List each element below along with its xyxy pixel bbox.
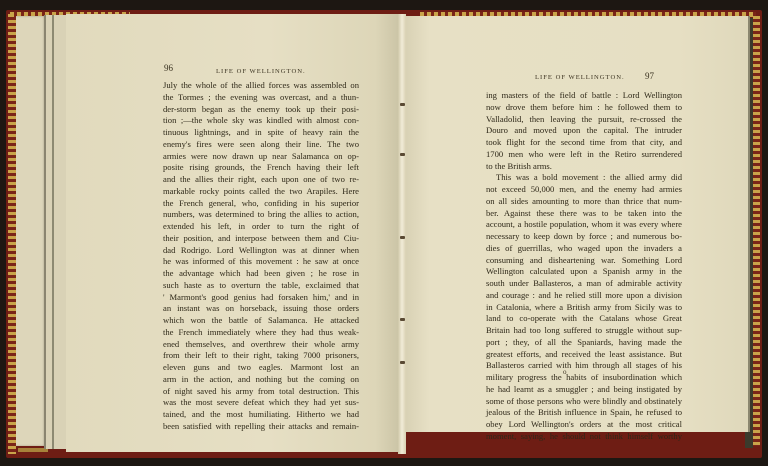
text-line: eleven guns and two eagles. Marmont lost…: [163, 362, 359, 374]
text-line: enemy's fires were seen along their line…: [163, 139, 359, 151]
running-head-right: LIFE OF WELLINGTON.: [535, 74, 625, 81]
gutter: [398, 14, 406, 454]
text-line: south under Ballasteros, a man of admira…: [486, 278, 682, 290]
text-line: necessary to keep down by force ; and nu…: [486, 231, 682, 243]
page-number-left: 96: [164, 63, 173, 73]
text-line: greatest efforts, and received the least…: [486, 349, 682, 361]
text-line: Valladolid, then leaving the pursuit, re…: [486, 114, 682, 126]
text-line: ing masters of the field of battle : Lor…: [486, 90, 682, 102]
text-line: account, a hostile population, whom it w…: [486, 219, 682, 231]
signature-mark: o: [563, 368, 567, 376]
text-line: obey Lord Wellington's orders at the mos…: [486, 419, 682, 431]
gilt-border-left: [8, 14, 16, 454]
text-line: the Tormes ; the evening was overcast, a…: [163, 92, 359, 104]
text-line: of night saved his army from total destr…: [163, 386, 359, 398]
text-line: ' Marmont's good genius had forsaken him…: [163, 292, 359, 304]
page-number-right: 97: [645, 71, 654, 81]
text-line: which won the battle of Salamanca. He at…: [163, 315, 359, 327]
text-line: ened themselves, and overthrew their who…: [163, 339, 359, 351]
text-line: tained, and the most humiliating. Hither…: [163, 409, 359, 421]
text-line: their position, and interpose between th…: [163, 233, 359, 245]
text-line: now drove them before him : he followed …: [486, 102, 682, 114]
text-line: extended his left, in order to turn the …: [163, 221, 359, 233]
text-line: der-storm began as the enemy took up the…: [163, 104, 359, 116]
book-photo: 96 LIFE OF WELLINGTON. July the whole of…: [0, 0, 768, 466]
text-line: took flight for the second time from tha…: [486, 137, 682, 149]
text-line: to the British arms.: [486, 161, 682, 173]
text-line: in Catalonia, where a British army from …: [486, 302, 682, 314]
text-line: been satisfied with repelling their atta…: [163, 421, 359, 433]
page-stack-edge: [52, 15, 54, 449]
binding-stitch: [400, 318, 405, 321]
text-line: Ballasteros carried with him through all…: [486, 360, 682, 372]
text-line: posite rising grounds, the French having…: [163, 162, 359, 174]
text-line: and courage : and he relied still more u…: [486, 290, 682, 302]
text-line: jealous of the British influence in Spai…: [486, 407, 682, 419]
text-line: the advantage which had been given ; he …: [163, 268, 359, 280]
text-line: numbers, was determined to bring the all…: [163, 209, 359, 221]
text-line: July the whole of the allied forces was …: [163, 80, 359, 92]
text-line: from their left to their right, taking 7…: [163, 350, 359, 362]
text-line: Britain had too long suffered to struggl…: [486, 325, 682, 337]
text-line: and the allies their right, each upon on…: [163, 174, 359, 186]
text-line: tion ;—the whole sky was kindled with al…: [163, 115, 359, 127]
text-line: ber. Against these there was to be taken…: [486, 208, 682, 220]
text-line: an instant was on horseback, issuing tho…: [163, 303, 359, 315]
text-line: was the most severe defeat which they ha…: [163, 397, 359, 409]
text-line: not exceed 50,000 men, and the enemy had…: [486, 184, 682, 196]
text-line: the French general, who, confiding in hi…: [163, 198, 359, 210]
text-line: markable rocky points called the two Ara…: [163, 186, 359, 198]
text-line: consuming and disheartening war. Somethi…: [486, 255, 682, 267]
text-line: Wellington calculated upon a Spanish arm…: [486, 266, 682, 278]
text-line: the French immediately where they had th…: [163, 327, 359, 339]
text-line: armies were now drawn up near Salamanca …: [163, 151, 359, 163]
binding-stitch: [400, 361, 405, 364]
text-line: This was a bold movement : the allied ar…: [486, 172, 682, 184]
text-line: dad Rodrigo. Lord Wellington was at dinn…: [163, 245, 359, 257]
text-line: Douro and moved upon the capital. The in…: [486, 125, 682, 137]
text-line: 1700 men who were left in the Retiro sur…: [486, 149, 682, 161]
text-line: he was informed of this movement : he sa…: [163, 256, 359, 268]
binding-stitch: [400, 153, 405, 156]
endpaper-left: [16, 16, 46, 446]
text-line: moment, saying, he should not think hims…: [486, 431, 682, 443]
binding-stitch: [400, 103, 405, 106]
text-line: arm in the action, and nothing but the c…: [163, 374, 359, 386]
right-page-text: ing masters of the field of battle : Lor…: [486, 90, 682, 443]
text-line: port ; they, of all the Spaniards, havin…: [486, 337, 682, 349]
text-line: dies of guerrillas, who waged upon the i…: [486, 243, 682, 255]
text-line: on all sides amounting to more than thri…: [486, 196, 682, 208]
text-line: some of those persons who were blindly a…: [486, 396, 682, 408]
binding-stitch: [400, 236, 405, 239]
text-line: military progress the habits of insubord…: [486, 372, 682, 384]
running-head-left: LIFE OF WELLINGTON.: [216, 68, 306, 75]
gilt-border-right: [753, 16, 760, 446]
text-line: such haste as to overturn the table, exc…: [163, 280, 359, 292]
text-line: tinuous lightnings, and in spite of heav…: [163, 127, 359, 139]
text-line: he had learnt as a smuggler ; and being …: [486, 384, 682, 396]
text-line: land to co-operate with the Catalans who…: [486, 313, 682, 325]
left-page-text: July the whole of the allied forces was …: [163, 80, 359, 433]
